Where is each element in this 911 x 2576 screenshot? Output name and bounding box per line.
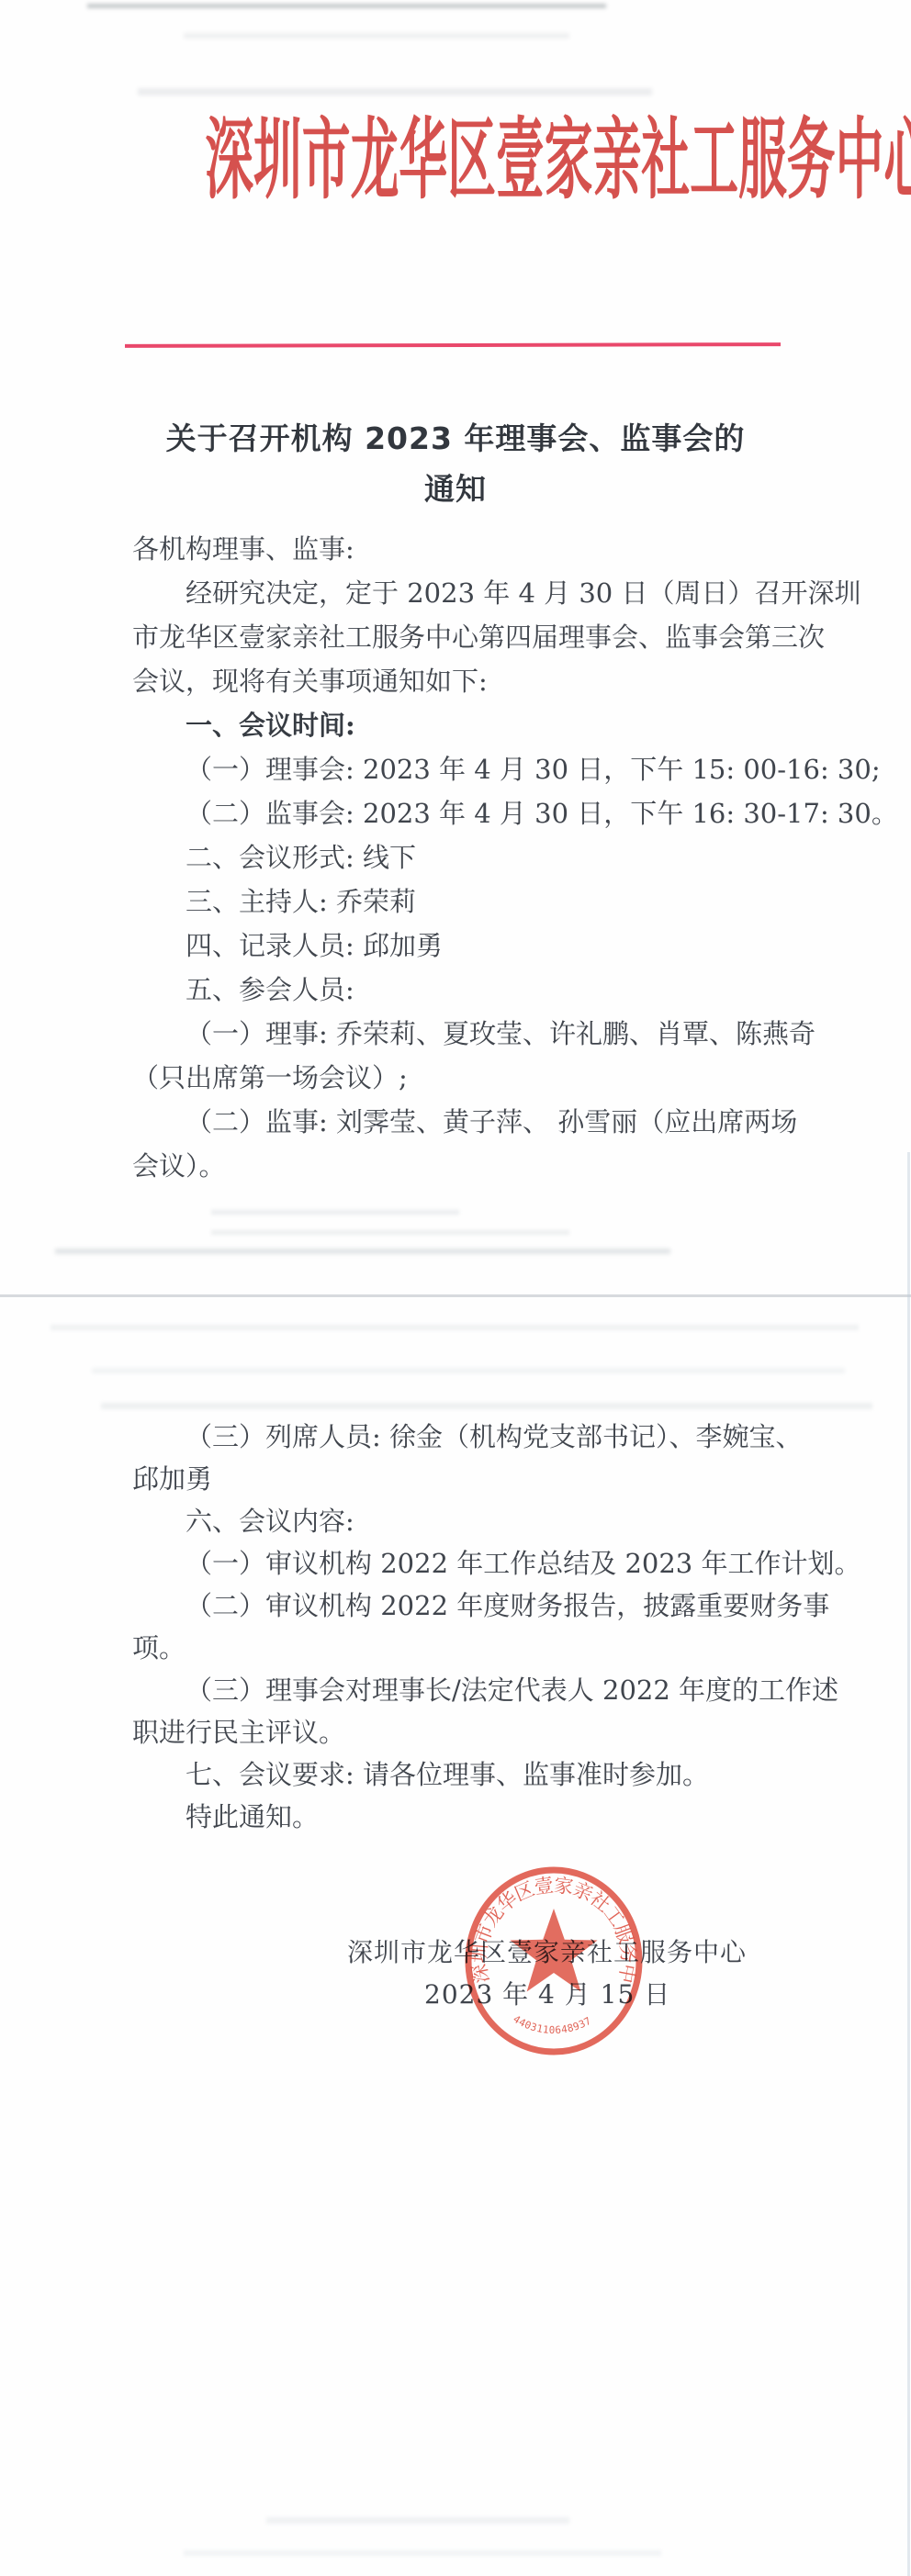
scan-edge-line [907,1152,910,2576]
document-title-line1: 关于召开机构 2023 年理事会、监事会的 [0,413,911,464]
section-heading-meeting-time: 一、会议时间: [132,703,834,747]
scan-artifact [211,1230,569,1235]
body-line: （三）列席人员: 徐金（机构党支部书记）、李婉宝、 [132,1416,834,1458]
body-line: 邱加勇 [132,1458,834,1500]
body-line: （一）审议机构 2022 年工作总结及 2023 年工作计划。 [132,1542,834,1585]
section-heading-meeting-requirement: 七、会议要求: 请各位理事、监事准时参加。 [132,1753,834,1796]
closing-line: 特此通知。 [132,1796,834,1838]
scan-artifact [138,88,652,95]
body-line: （只出席第一场会议）; [132,1056,834,1100]
body-line: 会议）。 [132,1144,834,1188]
body-line: （一）理事会: 2023 年 4 月 30 日，下午 15: 00-16: 30… [132,747,834,791]
star-icon [510,1909,597,1992]
official-seal-stamp: 深圳市龙华区壹家亲社工服务中心 4403110648937 [464,1866,644,2057]
body-line: （一）理事: 乔荣莉、夏玫莹、许礼鹏、肖覃、陈燕奇 [132,1012,834,1056]
body-line: 经研究决定，定于 2023 年 4 月 30 日（周日）召开深圳 [132,571,834,615]
scan-artifact [51,1325,859,1330]
body-line: （二）监事会: 2023 年 4 月 30 日，下午 16: 30-17: 30… [132,791,834,835]
body-line: 会议，现将有关事项通知如下: [132,659,834,703]
scanned-notice-document: 深圳市龙华区壹家亲社工服务中心 关于召开机构 2023 年理事会、监事会的 通知… [0,0,911,2576]
section-heading-recorder: 四、记录人员: 邱加勇 [132,924,834,968]
body-page1: 各机构理事、监事: 经研究决定，定于 2023 年 4 月 30 日（周日）召开… [132,527,834,1188]
scan-artifact [92,1368,845,1373]
document-title: 关于召开机构 2023 年理事会、监事会的 通知 [0,413,911,514]
section-heading-host: 三、主持人: 乔荣莉 [132,879,834,924]
seal-serial-number: 4403110648937 [511,2013,593,2036]
body-line: （三）理事会对理事长/法定代表人 2022 年度的工作述 [132,1669,834,1711]
body-line: 项。 [132,1627,834,1669]
scan-artifact [101,1403,872,1409]
body-line: 职进行民主评议。 [132,1711,834,1753]
scan-artifact [184,33,569,39]
page-seam-line [0,1294,911,1297]
section-heading-meeting-content: 六、会议内容: [132,1500,834,1542]
letterhead-divider [125,342,781,348]
salutation: 各机构理事、监事: [132,527,834,571]
scan-artifact [266,2517,569,2524]
scan-artifact [87,4,606,8]
section-heading-participants: 五、参会人员: [132,968,834,1012]
body-line: 市龙华区壹家亲社工服务中心第四届理事会、监事会第三次 [132,615,834,659]
body-line: （二）监事: 刘霁莹、黄子萍、 孙雪丽（应出席两场 [132,1100,834,1144]
scan-artifact [55,1249,670,1254]
section-heading-meeting-format: 二、会议形式: 线下 [132,835,834,879]
document-title-line2: 通知 [0,464,911,514]
scan-artifact [211,1210,459,1215]
body-page2: （三）列席人员: 徐金（机构党支部书记）、李婉宝、 邱加勇 六、会议内容: （一… [132,1416,834,1838]
body-line: （二）审议机构 2022 年度财务报告，披露重要财务事 [132,1585,834,1627]
letterhead-org-title: 深圳市龙华区壹家亲社工服务中心 [205,108,706,211]
scan-artifact [184,2550,661,2556]
